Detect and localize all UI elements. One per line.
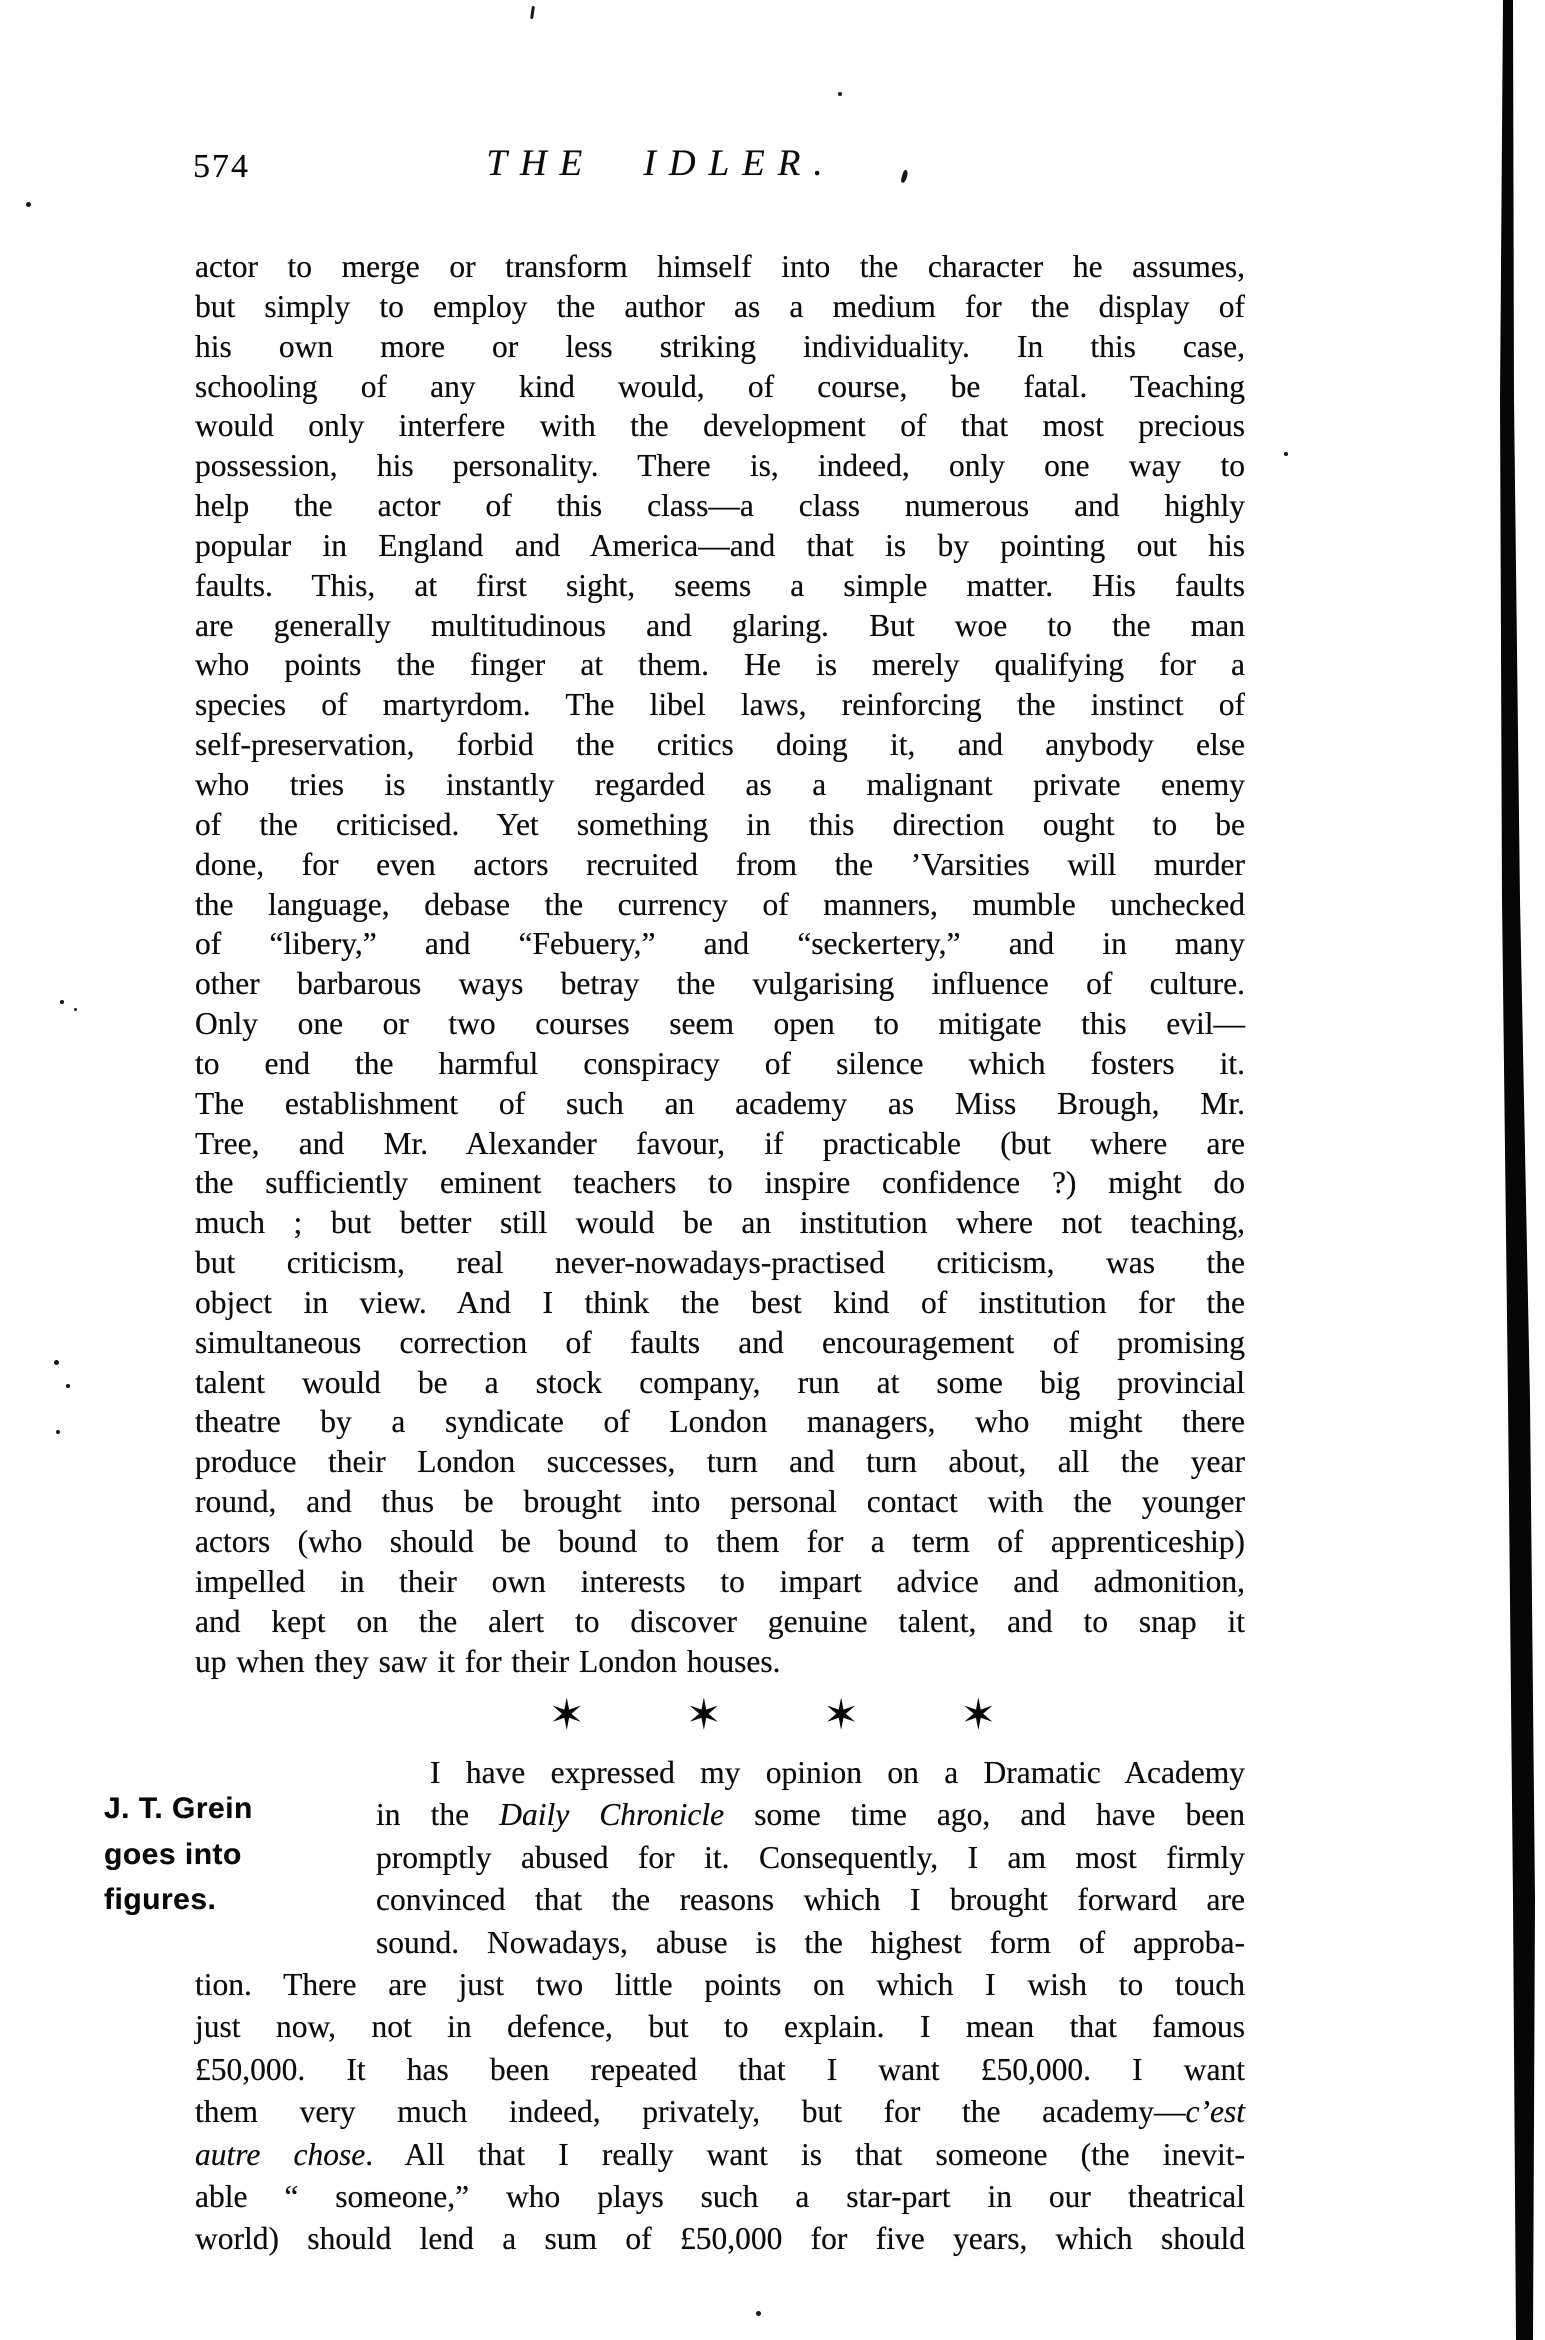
ink-speck [900,170,908,184]
scanned-magazine-page: 574 THE IDLER. actor to merge or transfo… [0,0,1545,2340]
text-line: species of martyrdom. The libel laws, re… [195,685,1245,725]
text-line: object in view. And I think the best kin… [195,1283,1245,1323]
text-line: other barbarous ways betray the vulgaris… [195,964,1245,1004]
text-line: would only interfere with the developmen… [195,406,1245,446]
text-line: round, and thus be brought into personal… [195,1482,1245,1522]
text-line: able “ someone,” who plays such a star-p… [195,2176,1245,2218]
text-line: and kept on the alert to discover genuin… [195,1602,1245,1642]
text-line: I have expressed my opinion on a Dramati… [195,1752,1245,1794]
text-line: promptly abused for it. Consequently, I … [195,1837,1245,1879]
body-paragraph-1: actor to merge or transform himself into… [195,247,1245,1681]
star-icon: ✶ [961,1690,996,1740]
text-line: The establishment of such an academy as … [195,1084,1245,1124]
text-line: who tries is instantly regarded as a mal… [195,765,1245,805]
text-line: much ; but better still would be an inst… [195,1203,1245,1243]
text-line: faults. This, at first sight, seems a si… [195,566,1245,606]
text-line: world) should lend a sum of £50,000 for … [195,2218,1245,2260]
text-line: in the Daily Chronicle some time ago, an… [195,1794,1245,1836]
text-line: the sufficiently eminent teachers to ins… [195,1163,1245,1203]
text-line: tion. There are just two little points o… [195,1964,1245,2006]
star-icon: ✶ [824,1690,859,1740]
text-line: up when they saw it for their London hou… [195,1642,1245,1682]
text-line: of “libery,” and “Febuery,” and “seckert… [195,924,1245,964]
text-line: possession, his personality. There is, i… [195,446,1245,486]
page-title: THE IDLER. [438,142,884,185]
ink-speck [60,1000,64,1004]
text-line: Tree, and Mr. Alexander favour, if pract… [195,1124,1245,1164]
text-line: to end the harmful conspiracy of silence… [195,1044,1245,1084]
page-number: 574 [193,148,250,186]
ink-speck [56,1430,60,1434]
text-line: done, for even actors recruited from the… [195,845,1245,885]
ink-speck [54,1360,59,1365]
text-line: actor to merge or transform himself into… [195,247,1245,287]
text-line: autre chose. All that I really want is t… [195,2134,1245,2176]
text-line: actors (who should be bound to them for … [195,1522,1245,1562]
text-line: the language, debase the currency of man… [195,885,1245,925]
text-line: sound. Nowadays, abuse is the highest fo… [195,1922,1245,1964]
text-line: talent would be a stock company, run at … [195,1363,1245,1403]
text-line: just now, not in defence, but to explain… [195,2006,1245,2048]
text-line: his own more or less striking individual… [195,327,1245,367]
ink-speck [74,1008,77,1011]
text-line: impelled in their own interests to impar… [195,1562,1245,1602]
text-line: who points the finger at them. He is mer… [195,645,1245,685]
text-line: of the criticised. Yet something in this… [195,805,1245,845]
text-line: are generally multitudinous and glaring.… [195,606,1245,646]
text-line: but simply to employ the author as a med… [195,287,1245,327]
ink-speck [1284,452,1288,456]
ink-speck [756,2311,761,2316]
ink-speck [66,1384,70,1388]
text-line: schooling of any kind would, of course, … [195,367,1245,407]
text-line: produce their London successes, turn and… [195,1442,1245,1482]
star-icon: ✶ [686,1690,721,1740]
ink-speck [530,6,535,19]
text-line: help the actor of this class—a class num… [195,486,1245,526]
body-paragraph-2: I have expressed my opinion on a Dramati… [195,1752,1245,2261]
text-line: self-preservation, forbid the critics do… [195,725,1245,765]
text-line: convinced that the reasons which I broug… [195,1879,1245,1921]
text-line: them very much indeed, privately, but fo… [195,2091,1245,2133]
star-icon: ✶ [549,1690,584,1740]
page-edge-bar [1480,0,1545,2340]
text-line: but criticism, real never-nowadays-pract… [195,1243,1245,1283]
text-line: popular in England and America—and that … [195,526,1245,566]
ink-speck [838,92,842,96]
star-separator: ✶✶✶✶ [0,1690,1545,1740]
text-line: theatre by a syndicate of London manager… [195,1402,1245,1442]
text-line: Only one or two courses seem open to mit… [195,1004,1245,1044]
text-line: £50,000. It has been repeated that I wan… [195,2049,1245,2091]
ink-speck [26,202,31,207]
text-line: simultaneous correction of faults and en… [195,1323,1245,1363]
